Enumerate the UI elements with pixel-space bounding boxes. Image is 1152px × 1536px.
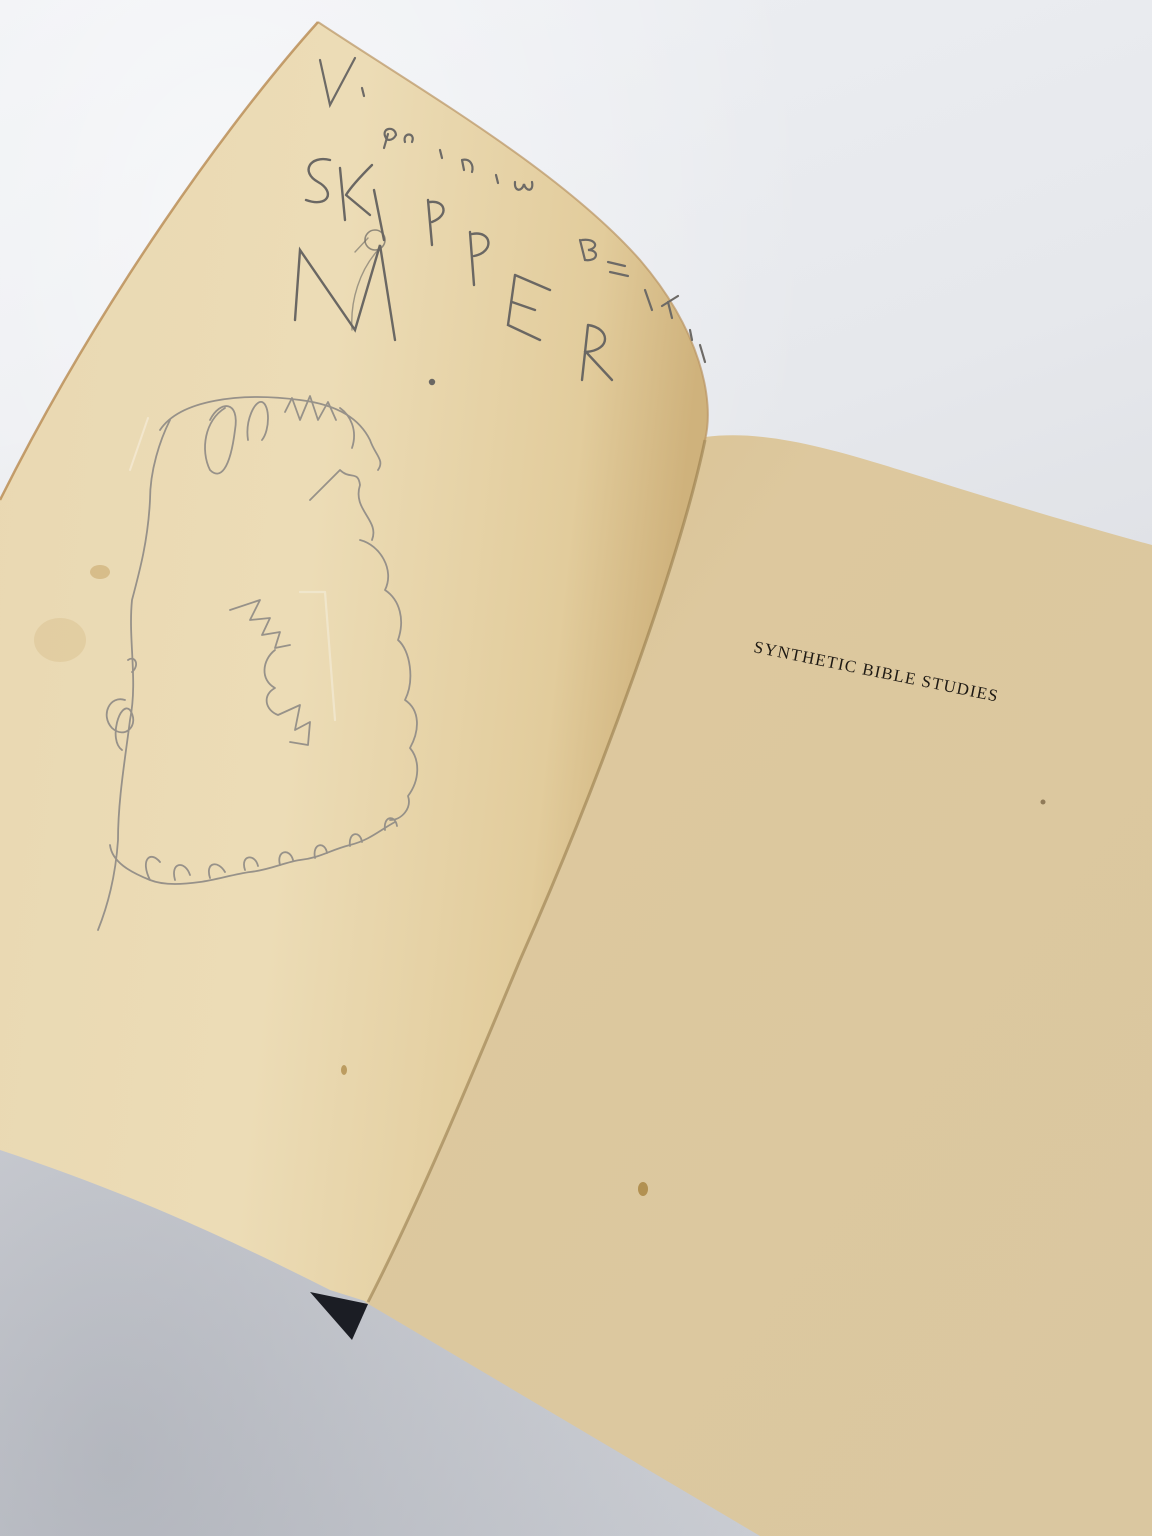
foxing-spot [638,1182,648,1196]
foxing-spot [34,618,86,662]
foxing-spot [1041,800,1046,805]
open-book: SYNTHETIC BIBLE STUDIES [0,0,1152,1536]
foxing-spot [90,565,110,579]
photo-scene: SYNTHETIC BIBLE STUDIES [0,0,1152,1536]
foxing-spot [341,1065,347,1075]
